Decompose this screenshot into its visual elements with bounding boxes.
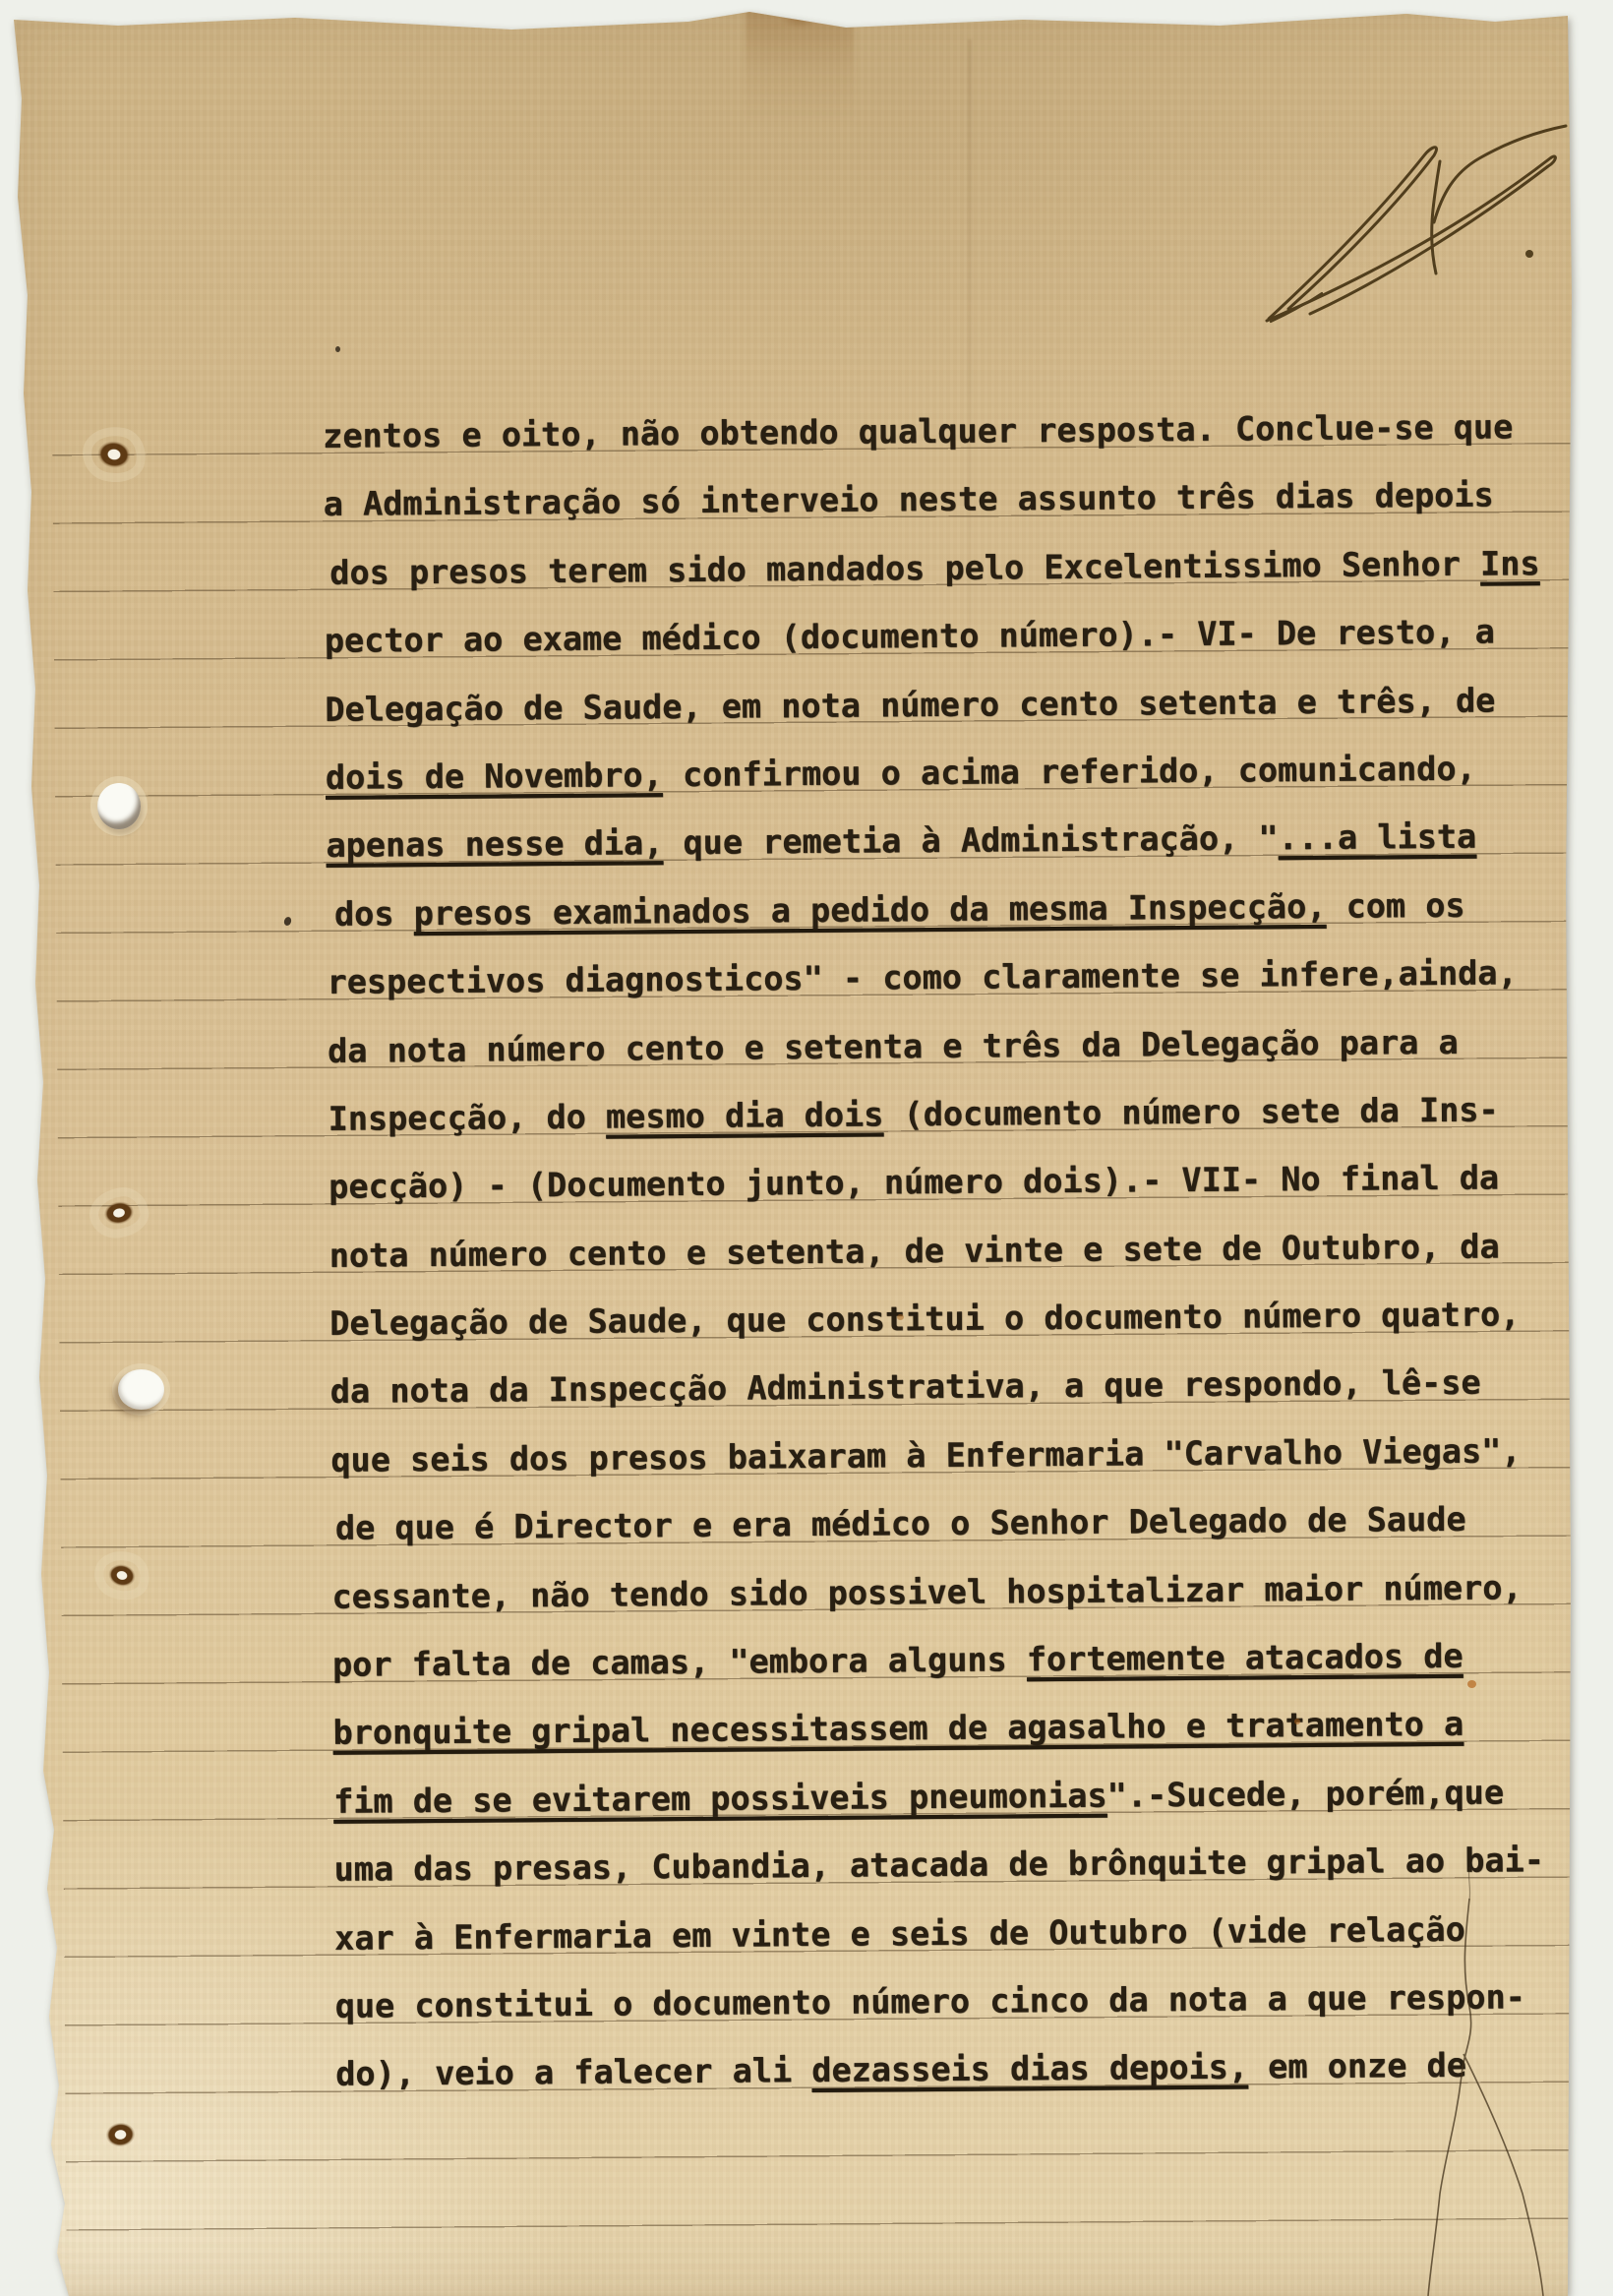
text-segment: Delegação de Saude, que constitui o docu… bbox=[329, 1295, 1520, 1343]
text-segment: (documento número sete da Ins- bbox=[883, 1090, 1499, 1133]
text-line: respectivos diagnosticos" - como clarame… bbox=[327, 938, 1577, 1016]
text-line: da nota número cento e setenta e três da… bbox=[328, 1006, 1578, 1084]
underlined-phrase: presos examinados a pedido da mesma Insp… bbox=[414, 887, 1327, 933]
text-line: que constitui o documento número cinco d… bbox=[334, 1963, 1584, 2040]
text-segment: cessante, não tendo sido possivel hospit… bbox=[331, 1568, 1522, 1616]
text-line: por falta de camas, "embora alguns forte… bbox=[332, 1621, 1583, 1699]
text-segment: ".-Sucede, porém,que bbox=[1107, 1773, 1505, 1814]
text-line: bronquite gripal necessitassem de agasal… bbox=[332, 1689, 1583, 1767]
text-segment: com os bbox=[1326, 885, 1464, 925]
vertical-fold-mark bbox=[968, 39, 972, 679]
text-segment: que seis dos presos baixaram à Enfermari… bbox=[330, 1431, 1521, 1480]
text-segment: pector ao exame médico (documento número… bbox=[325, 613, 1495, 660]
rust-speck-3 bbox=[897, 1314, 904, 1320]
text-line: da nota da Inspecção Administrativa, a q… bbox=[330, 1348, 1581, 1425]
underlined-phrase: fim de se evitarem possiveis pneumonias bbox=[333, 1776, 1107, 1820]
text-segment: que remetia à Administração, " bbox=[663, 819, 1279, 863]
text-segment: nota número cento e setenta, de vinte e … bbox=[329, 1227, 1500, 1274]
text-line: pector ao exame médico (documento número… bbox=[325, 597, 1575, 675]
text-segment: Delegação de Saude, em nota número cento… bbox=[325, 681, 1495, 728]
typewritten-text: zentos e oito, não obtendo qualquer resp… bbox=[323, 393, 1585, 2109]
punch-hole-middle bbox=[118, 1369, 164, 1410]
text-line: dos presos examinados a pedido da mesma … bbox=[334, 871, 1577, 948]
text-line: xar à Enfermaria em vinte e seis de Outu… bbox=[334, 1894, 1584, 1971]
text-segment: respectivos diagnosticos" - como clarame… bbox=[327, 953, 1517, 1001]
ink-fleck bbox=[335, 346, 340, 352]
rust-tear-hole-3 bbox=[100, 1556, 144, 1595]
underlined-phrase: dois de Novembro, bbox=[326, 755, 663, 797]
punch-hole-top bbox=[97, 783, 141, 829]
text-line: cessante, não tendo sido possivel hospit… bbox=[331, 1552, 1582, 1630]
paper-shadow-wrap: zentos e oito, não obtendo qualquer resp… bbox=[0, 0, 1613, 2296]
text-segment: dos bbox=[334, 894, 414, 934]
text-line: Delegação de Saude, em nota número cento… bbox=[325, 665, 1575, 743]
text-segment: da nota da Inspecção Administrativa, a q… bbox=[330, 1363, 1481, 1411]
signature-flourish-icon bbox=[1231, 104, 1572, 340]
text-segment: por falta de camas, "embora alguns bbox=[332, 1640, 1027, 1684]
text-line: Inspecção, do mesmo dia dois (documento … bbox=[328, 1075, 1578, 1153]
text-segment: do), veio a falecer ali bbox=[335, 2051, 811, 2093]
underlined-phrase: apenas nesse dia, bbox=[326, 823, 663, 865]
underlined-phrase: bronquite gripal necessitassem de agasal… bbox=[332, 1705, 1464, 1752]
rust-speck-2 bbox=[1294, 1719, 1300, 1724]
text-segment: de que é Director e era médico o Senhor … bbox=[335, 1500, 1466, 1547]
rust-tear-hole-4 bbox=[98, 2116, 142, 2153]
ruled-lines bbox=[52, 443, 1585, 2294]
margin-dot bbox=[283, 916, 293, 927]
text-segment: que constitui o documento número cinco d… bbox=[335, 1977, 1525, 2025]
text-line: a Administração só interveio neste assun… bbox=[323, 460, 1573, 538]
text-line: que seis dos presos baixaram à Enfermari… bbox=[330, 1417, 1581, 1494]
text-line: de que é Director e era médico o Senhor … bbox=[335, 1484, 1582, 1562]
text-line: zentos e oito, não obtendo qualquer resp… bbox=[323, 393, 1573, 470]
text-line: pecção) - (Documento junto, número dois)… bbox=[329, 1143, 1579, 1221]
paper-sheet: zentos e oito, não obtendo qualquer resp… bbox=[0, 0, 1613, 2296]
text-line: do), veio a falecer ali dezasseis dias d… bbox=[335, 2030, 1585, 2108]
text-segment: dos presos terem sido mandados pelo Exce… bbox=[329, 544, 1480, 591]
text-segment: uma das presas, Cubandia, atacada de brô… bbox=[334, 1841, 1545, 1889]
rust-tear-hole-1 bbox=[90, 433, 140, 476]
text-segment: a Administração só interveio neste assun… bbox=[324, 476, 1494, 523]
scanned-document: zentos e oito, não obtendo qualquer resp… bbox=[0, 0, 1613, 2296]
page-tilt-layer: zentos e oito, não obtendo qualquer resp… bbox=[0, 0, 1613, 2296]
text-line: uma das presas, Cubandia, atacada de brô… bbox=[333, 1826, 1583, 1903]
text-line: dois de Novembro, confirmou o acima refe… bbox=[326, 734, 1576, 812]
underlined-phrase: mesmo dia dois bbox=[606, 1095, 884, 1135]
text-line: Delegação de Saude, que constitui o docu… bbox=[329, 1280, 1580, 1358]
rust-speck-1 bbox=[1467, 1680, 1476, 1688]
text-segment: em onze de bbox=[1248, 2046, 1466, 2086]
text-line: dos presos terem sido mandados pelo Exce… bbox=[329, 529, 1574, 607]
text-segment: Inspecção, do bbox=[329, 1098, 607, 1138]
rust-tear-hole-2 bbox=[96, 1194, 143, 1233]
text-line: fim de se evitarem possiveis pneumonias"… bbox=[333, 1758, 1583, 1836]
text-line: apenas nesse dia, que remetia à Administ… bbox=[326, 802, 1576, 879]
paper-crease-cracks bbox=[1367, 1840, 1574, 2296]
text-segment: pecção) - (Documento junto, número dois)… bbox=[329, 1159, 1499, 1206]
underlined-phrase: ...a lista bbox=[1278, 817, 1476, 858]
underlined-phrase: Ins bbox=[1480, 544, 1540, 582]
underlined-phrase: fortemente atacados de bbox=[1027, 1637, 1464, 1678]
text-segment: da nota número cento e setenta e três da… bbox=[328, 1022, 1459, 1069]
underlined-phrase: dezasseis dias depois, bbox=[811, 2048, 1248, 2089]
text-segment: confirmou o acima referido, comunicando, bbox=[663, 750, 1476, 794]
top-edge-stain bbox=[746, 6, 854, 124]
text-segment: zentos e oito, não obtendo qualquer resp… bbox=[323, 407, 1513, 455]
text-segment: xar à Enfermaria em vinte e seis de Outu… bbox=[334, 1909, 1465, 1957]
text-line: nota número cento e setenta, de vinte e … bbox=[329, 1212, 1579, 1290]
